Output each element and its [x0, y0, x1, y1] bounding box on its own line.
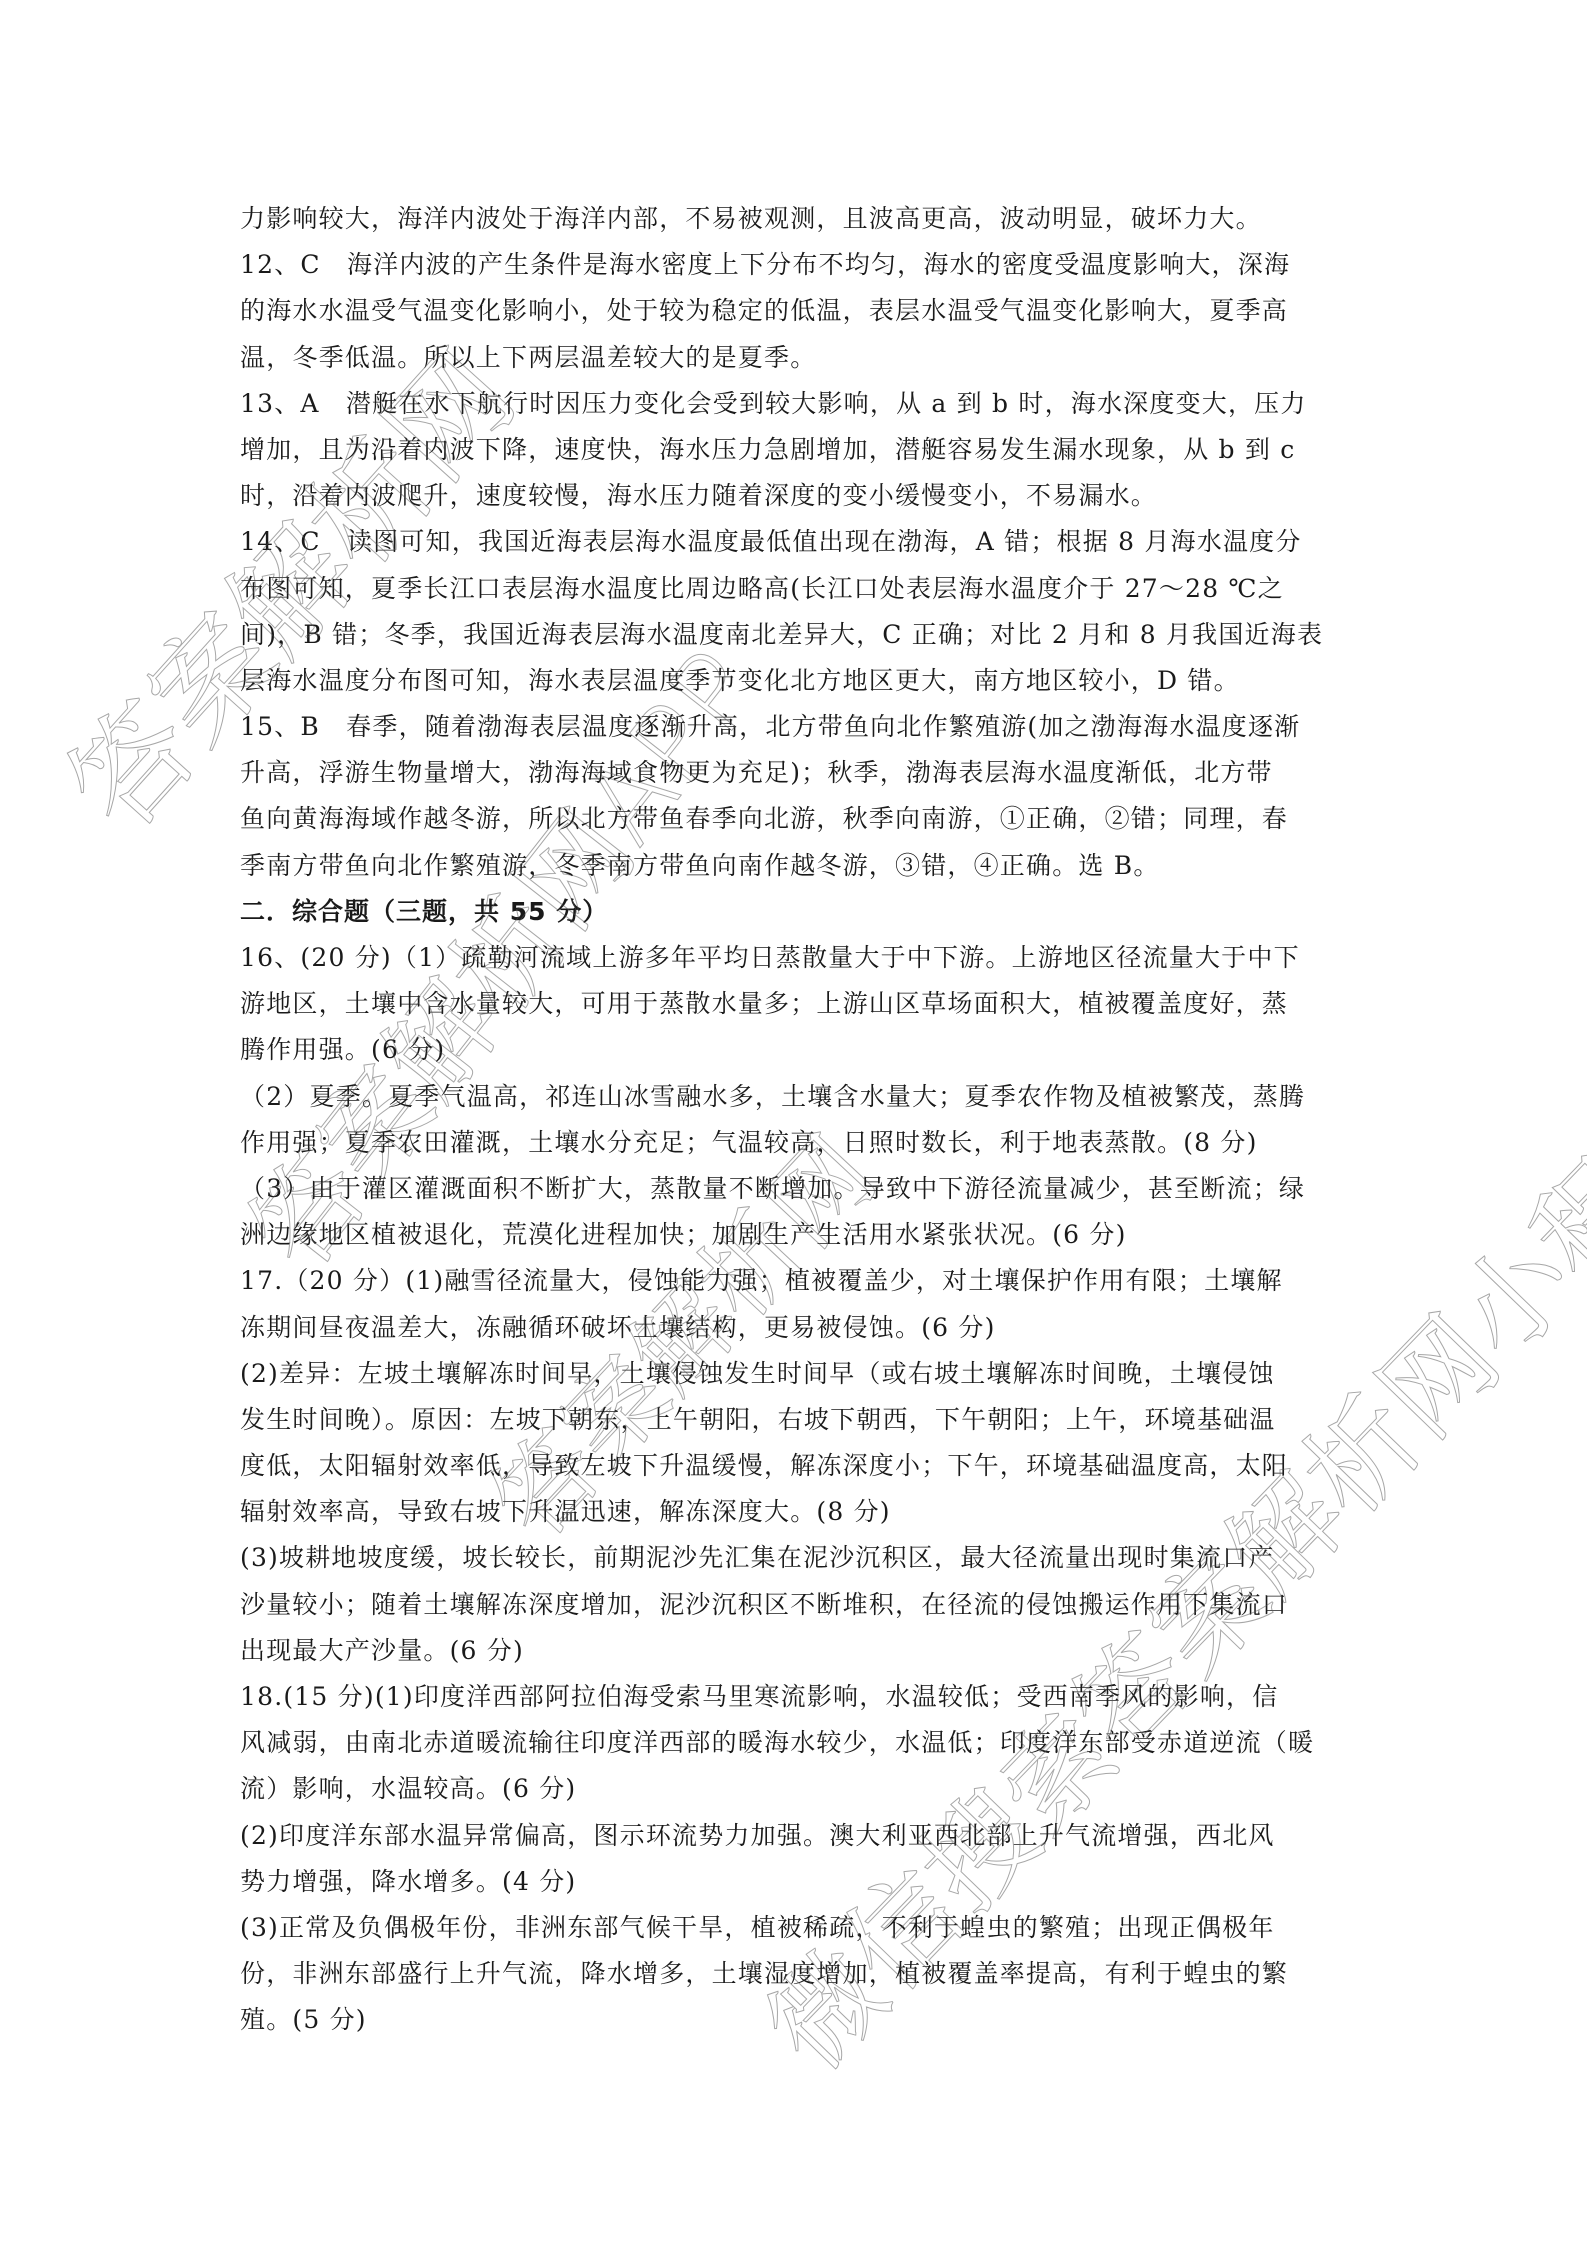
text-line: 度低，太阳辐射效率低，导致左坡下升温缓慢，解冻深度小；下午，环境基础温度高，太阳: [240, 1443, 1360, 1489]
text-line: （2）夏季。夏季气温高，祁连山冰雪融水多，土壤含水量大；夏季农作物及植被繁茂，蒸…: [240, 1074, 1360, 1120]
answer-15-line: 15、B 春季，随着渤海表层温度逐渐升高，北方带鱼向北作繁殖游(加之渤海海水温度…: [240, 704, 1360, 750]
text-line: 风减弱，由南北赤道暖流输往印度洋西部的暖海水较少，水温低；印度洋东部受赤道逆流（…: [240, 1720, 1360, 1766]
text-line: 出现最大产沙量。(6 分): [240, 1628, 1360, 1674]
text-line: 时，沿着内波爬升，速度较慢，海水压力随着深度的变小缓慢变小，不易漏水。: [240, 473, 1360, 519]
answer-13-line: 13、A 潜艇在水下航行时因压力变化会受到较大影响，从 a 到 b 时，海水深度…: [240, 381, 1360, 427]
text-line: 鱼向黄海海域作越冬游，所以北方带鱼春季向北游，秋季向南游，①正确，②错；同理，春: [240, 796, 1360, 842]
text-line: 力影响较大，海洋内波处于海洋内部，不易被观测，且波高更高，波动明显，破坏力大。: [240, 196, 1360, 242]
answer-text-body: 力影响较大，海洋内波处于海洋内部，不易被观测，且波高更高，波动明显，破坏力大。 …: [240, 196, 1360, 2044]
text-line: 的海水水温受气温变化影响小，处于较为稳定的低温，表层水温受气温变化影响大，夏季高: [240, 288, 1360, 334]
section-heading: 二．综合题（三题，共 55 分）: [240, 889, 1360, 935]
text-line: （3）由于灌区灌溉面积不断扩大，蒸散量不断增加。导致中下游径流量减少，甚至断流；…: [240, 1166, 1360, 1212]
answer-14-line: 14、C 读图可知，我国近海表层海水温度最低值出现在渤海，A 错；根据 8 月海…: [240, 519, 1360, 565]
text-line: (2)差异：左坡土壤解冻时间早，土壤侵蚀发生时间早（或右坡土壤解冻时间晚，土壤侵…: [240, 1351, 1360, 1397]
text-line: 布图可知，夏季长江口表层海水温度比周边略高(长江口处表层海水温度介于 27～28…: [240, 566, 1360, 612]
text-line: 层海水温度分布图可知，海水表层温度季节变化北方地区更大，南方地区较小，D 错。: [240, 658, 1360, 704]
text-line: (3)正常及负偶极年份，非洲东部气候干旱，植被稀疏，不利于蝗虫的繁殖；出现正偶极…: [240, 1905, 1360, 1951]
text-line: (3)坡耕地坡度缓，坡长较长，前期泥沙先汇集在泥沙沉积区，最大径流量出现时集流口…: [240, 1535, 1360, 1581]
text-line: (2)印度洋东部水温异常偏高，图示环流势力加强。澳大利亚西北部上升气流增强，西北…: [240, 1813, 1360, 1859]
text-line: 冻期间昼夜温差大，冻融循环破坏土壤结构，更易被侵蚀。(6 分): [240, 1305, 1360, 1351]
text-line: 殖。(5 分): [240, 1997, 1360, 2043]
answer-18-line: 18.(15 分)(1)印度洋西部阿拉伯海受索马里寒流影响，水温较低；受西南季风…: [240, 1674, 1360, 1720]
text-line: 升高，浮游生物量增大，渤海海域食物更为充足)；秋季，渤海表层海水温度渐低，北方带: [240, 750, 1360, 796]
text-line: 沙量较小；随着土壤解冻深度增加，泥沙沉积区不断堆积，在径流的侵蚀搬运作用下集流口: [240, 1582, 1360, 1628]
text-line: 势力增强，降水增多。(4 分): [240, 1859, 1360, 1905]
text-line: 增加，且为沿着内波下降，速度快，海水压力急剧增加，潜艇容易发生漏水现象，从 b …: [240, 427, 1360, 473]
text-line: 流）影响，水温较高。(6 分): [240, 1766, 1360, 1812]
text-line: 游地区，土壤中含水量较大，可用于蒸散水量多；上游山区草场面积大，植被覆盖度好，蒸: [240, 981, 1360, 1027]
answer-16-line: 16、(20 分)（1）疏勒河流域上游多年平均日蒸散量大于中下游。上游地区径流量…: [240, 935, 1360, 981]
text-line: 辐射效率高，导致右坡下升温迅速，解冻深度大。(8 分): [240, 1489, 1360, 1535]
document-page: 力影响较大，海洋内波处于海洋内部，不易被观测，且波高更高，波动明显，破坏力大。 …: [0, 0, 1587, 2245]
text-line: 作用强；夏季农田灌溉，土壤水分充足；气温较高，日照时数长，利于地表蒸散。(8 分…: [240, 1120, 1360, 1166]
text-line: 温，冬季低温。所以上下两层温差较大的是夏季。: [240, 335, 1360, 381]
text-line: 季南方带鱼向北作繁殖游，冬季南方带鱼向南作越冬游，③错，④正确。选 B。: [240, 843, 1360, 889]
text-line: 份，非洲东部盛行上升气流，降水增多，土壤湿度增加，植被覆盖率提高，有利于蝗虫的繁: [240, 1951, 1360, 1997]
answer-12-line: 12、C 海洋内波的产生条件是海水密度上下分布不均匀，海水的密度受温度影响大，深…: [240, 242, 1360, 288]
text-line: 腾作用强。(6 分): [240, 1027, 1360, 1073]
answer-17-line: 17.（20 分）(1)融雪径流量大，侵蚀能力强；植被覆盖少，对土壤保护作用有限…: [240, 1258, 1360, 1304]
text-line: 间)，B 错；冬季，我国近海表层海水温度南北差异大，C 正确；对比 2 月和 8…: [240, 612, 1360, 658]
text-line: 洲边缘地区植被退化，荒漠化进程加快；加剧生产生活用水紧张状况。(6 分): [240, 1212, 1360, 1258]
text-line: 发生时间晚）。原因：左坡下朝东，上午朝阳，右坡下朝西，下午朝阳；上午，环境基础温: [240, 1397, 1360, 1443]
